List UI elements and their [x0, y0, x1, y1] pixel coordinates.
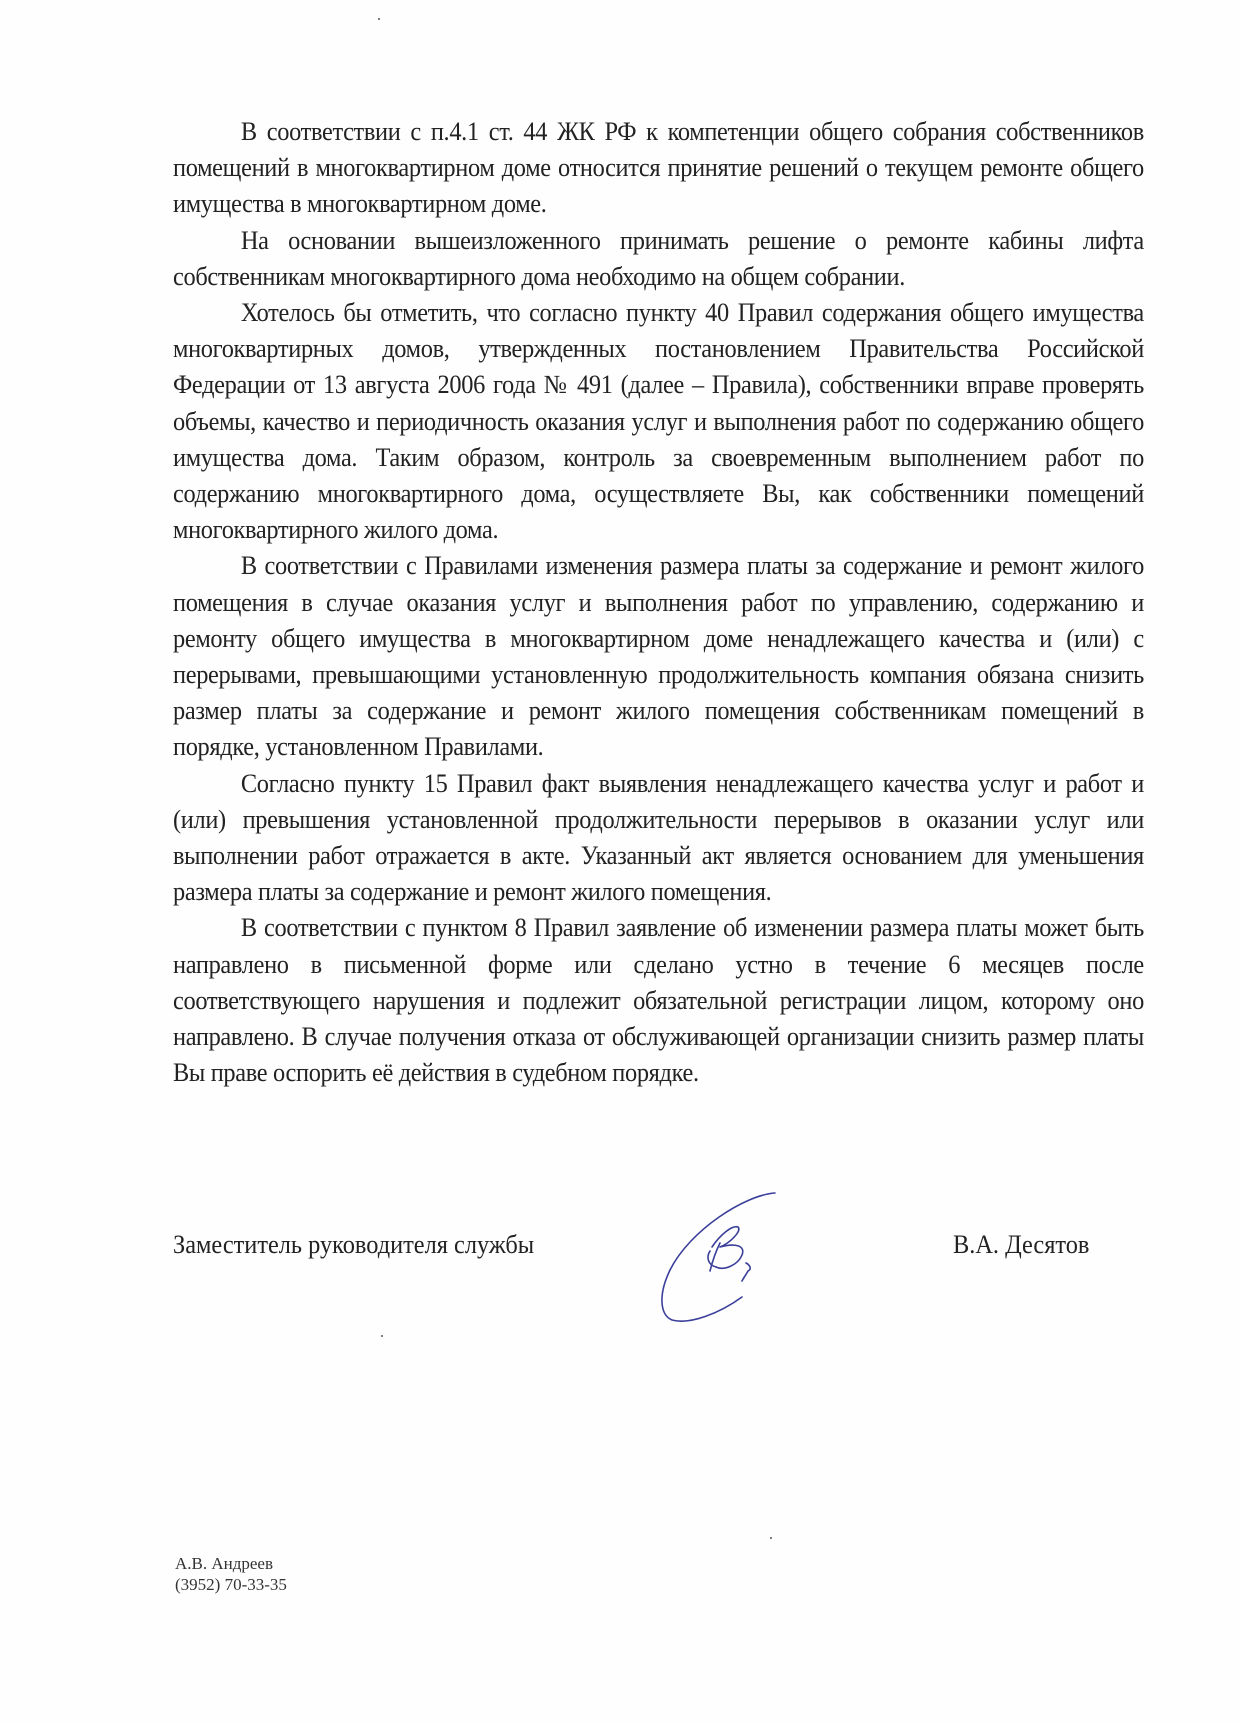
- letter-body: В соответствии с п.4.1 ст. 44 ЖК РФ к ко…: [173, 114, 1144, 1091]
- executor-contact: А.В. Андреев (3952) 70-33-35: [175, 1553, 287, 1595]
- handwritten-signature-icon: [650, 1185, 790, 1325]
- paragraph-violation-act: Согласно пункту 15 Правил факт выявления…: [173, 766, 1144, 911]
- paragraph-payment-reduction-rules: В соответствии с Правилами изменения раз…: [173, 548, 1144, 765]
- executor-phone: (3952) 70-33-35: [175, 1574, 287, 1595]
- scan-speck: [770, 1537, 772, 1539]
- signatory-position: Заместитель руководителя службы: [173, 1230, 534, 1260]
- paragraph-application-procedure: В соответствии с пунктом 8 Правил заявле…: [173, 910, 1144, 1091]
- executor-name: А.В. Андреев: [175, 1553, 287, 1574]
- paragraph-general-meeting-competence: В соответствии с п.4.1 ст. 44 ЖК РФ к ко…: [173, 114, 1144, 223]
- signatory-name: В.А. Десятов: [953, 1230, 1089, 1260]
- paragraph-owner-control-rights: Хотелось бы отметить, что согласно пункт…: [173, 295, 1144, 548]
- scan-speck: [381, 1335, 383, 1337]
- paragraph-elevator-repair-decision: На основании вышеизложенного принимать р…: [173, 223, 1144, 295]
- scan-speck: [378, 18, 380, 20]
- document-page: В соответствии с п.4.1 ст. 44 ЖК РФ к ко…: [0, 0, 1241, 1722]
